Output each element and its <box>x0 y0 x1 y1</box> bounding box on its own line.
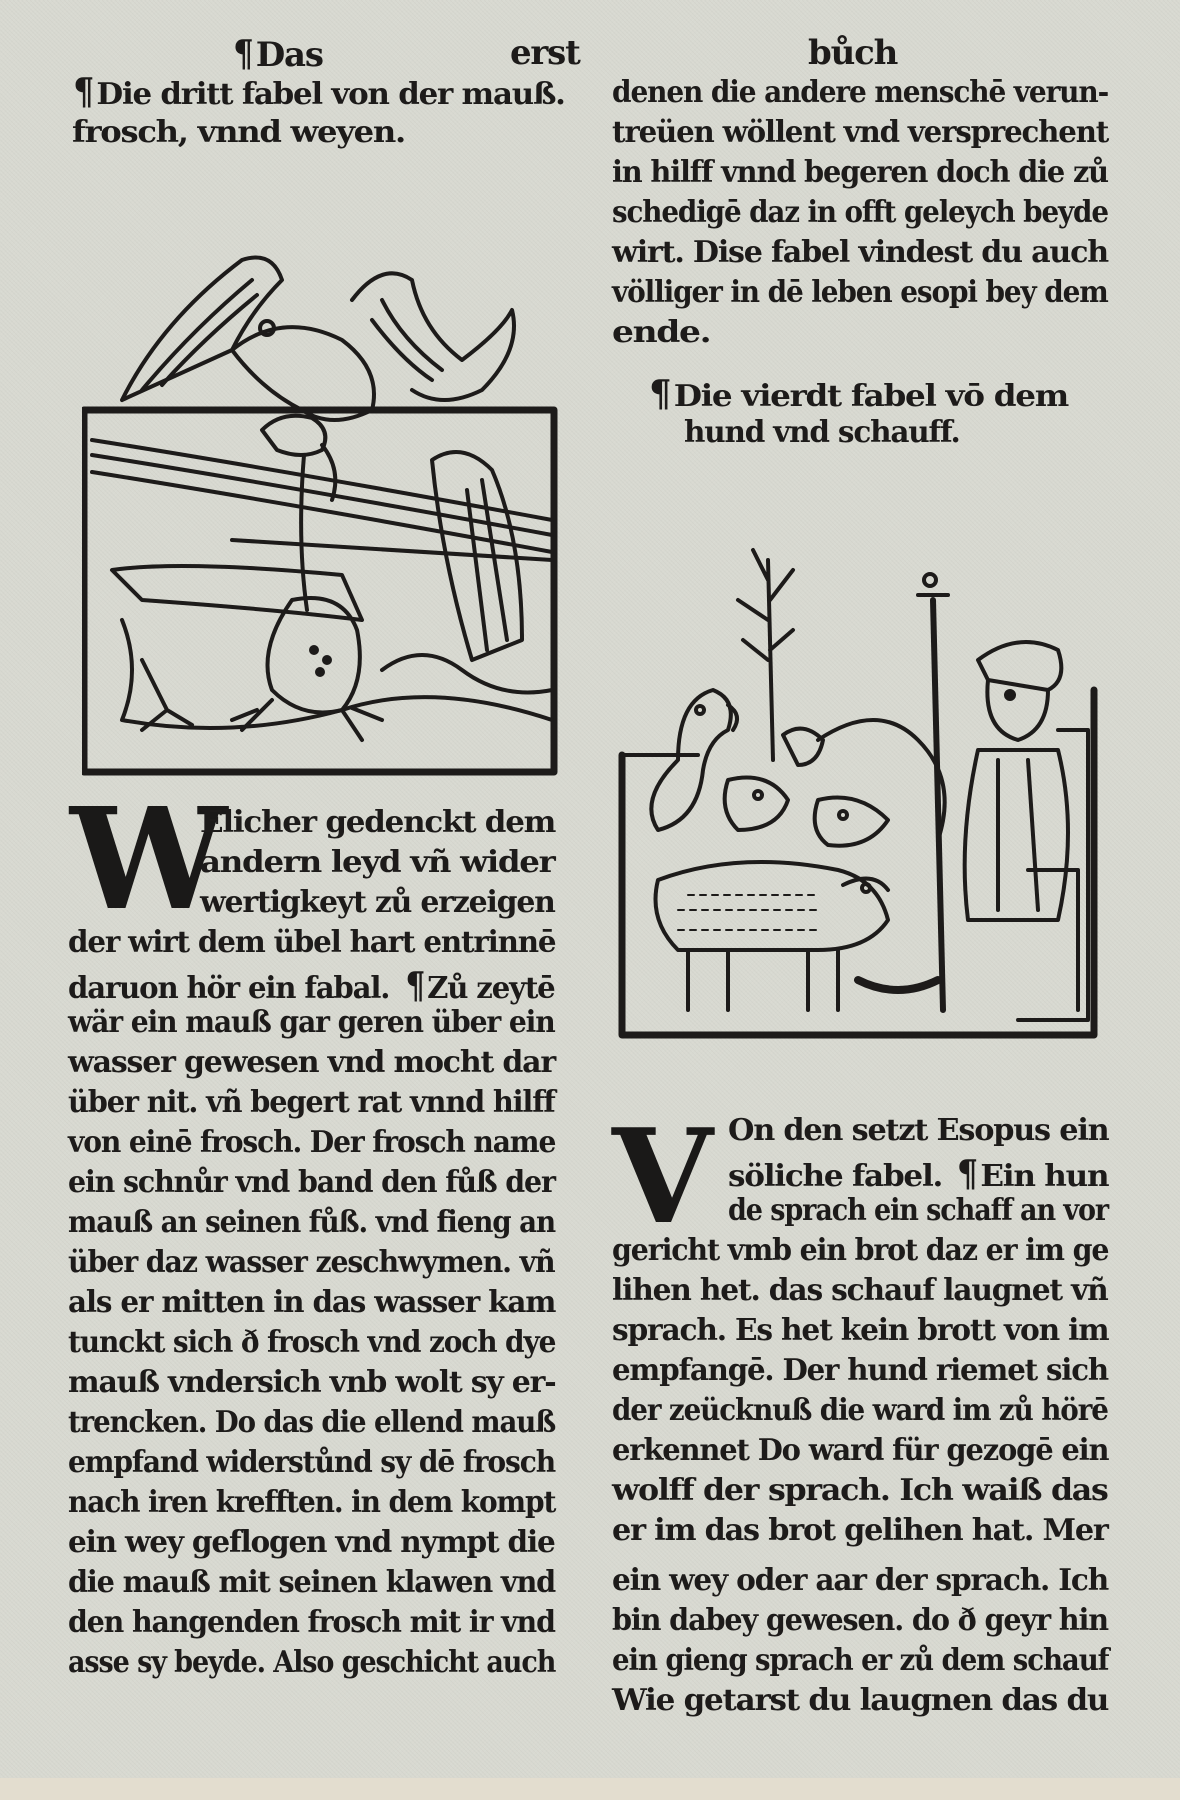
running-head-right: bůch <box>808 36 897 70</box>
left-body-line: die mauß mit seinen klawen vnd <box>68 1568 555 1598</box>
right-body-line: er im das brot gelihen hat. Mer <box>612 1516 1108 1546</box>
left-body-line: mauß vndersich vnb wolt sy er- <box>68 1368 555 1398</box>
right-body-line: Wie getarst du laugnen das du <box>612 1686 1108 1716</box>
right-fable-title-line1: ¶Die vierdt fabel vō dem <box>648 376 1068 412</box>
left-body-line: den hangenden frosch mit ir vnd <box>68 1608 555 1638</box>
pilcrow-icon: ¶ <box>405 968 424 1004</box>
right-body-top-line: schedigē daz in offt geleych beyde <box>612 198 1108 228</box>
right-body-line: gericht vmb ein brot daz er im ge <box>612 1236 1108 1266</box>
left-fable-title-line2: frosch, vnnd weyen. <box>72 118 405 148</box>
right-body-line: wolff der sprach. Ich waiß das <box>612 1476 1108 1506</box>
right-body-line: erkennet Do ward für gezogē ein <box>612 1436 1108 1466</box>
left-body-line: daruon hör ein fabal. ¶Zů zeytē <box>68 968 555 1004</box>
right-fable-title-line2: hund vnd schauff. <box>684 418 960 448</box>
running-head-left-text: Das <box>256 35 323 75</box>
right-body-top-line: völliger in dē leben esopi bey dem <box>612 278 1108 308</box>
right-body-line: lihen het. das schauf laugnet vñ <box>612 1276 1108 1306</box>
left-fable-title-line1: ¶Die dritt fabel von der mauß. <box>72 74 565 110</box>
pilcrow-icon: ¶ <box>649 376 670 412</box>
left-body-line: asse sy beyde. Also geschicht auch <box>68 1648 555 1678</box>
right-body-line: de sprach ein schaff an vor <box>728 1196 1108 1226</box>
right-body-line-text: söliche fabel. <box>728 1159 942 1194</box>
left-body-line: andern leyd vñ wider <box>200 848 554 878</box>
right-body-line: sprach. Es het kein brott von im <box>612 1316 1108 1346</box>
left-body-line: Elicher gedenckt dem <box>200 808 555 838</box>
right-body-line: söliche fabel. ¶Ein hun <box>728 1156 1108 1192</box>
left-body-line: empfand widerstůnd sy dē frosch <box>68 1448 555 1478</box>
left-body-line: als er mitten in das wasser kam <box>68 1288 555 1318</box>
left-body-line: über daz wasser zeschwymen. vñ <box>68 1248 555 1278</box>
drop-initial-v: V <box>612 1112 713 1242</box>
right-body-line-text: Ein hun <box>980 1159 1108 1194</box>
woodcut-kite-mouse-frog <box>82 240 562 780</box>
left-body-line: über nit. vñ begert rat vnnd hilff <box>68 1088 555 1118</box>
left-body-line: wertigkeyt zů erzeigen <box>200 888 555 918</box>
right-body-line: On den setzt Esopus ein <box>728 1116 1108 1146</box>
right-body-top-line: wirt. Dise fabel vindest du auch <box>612 238 1108 268</box>
pilcrow-icon: ¶ <box>73 74 93 110</box>
left-fable-title-text: Die dritt fabel von der mauß. <box>96 77 564 112</box>
page-bottom-edge <box>0 1778 1180 1800</box>
left-body-line: ein wey geflogen vnd nympt die <box>68 1528 555 1558</box>
right-fable-title-text: Die vierdt fabel vō dem <box>674 379 1068 414</box>
left-body-line: ein schnůr vnd band den fůß der <box>68 1168 555 1198</box>
left-body-line-text: daruon hör ein fabal. <box>68 971 389 1006</box>
right-body-top-line: denen die andere menschē verun- <box>612 78 1108 108</box>
left-body-line: tunckt sich ð frosch vnd zoch dye <box>68 1328 555 1358</box>
left-body-line: der wirt dem übel hart entrinnē <box>68 928 555 958</box>
right-body-line: der zeücknuß die ward im zů hörē <box>612 1396 1108 1426</box>
left-body-line: trencken. Do das die ellend mauß <box>68 1408 555 1438</box>
right-body-line: bin dabey gewesen. do ð geyr hin <box>612 1606 1108 1636</box>
pilcrow-icon: ¶ <box>957 1156 977 1192</box>
left-body-line: mauß an seinen fůß. vnd fieng an <box>68 1208 555 1238</box>
left-body-line: wasser gewesen vnd mocht dar <box>68 1048 555 1078</box>
pilcrow-icon: ¶ <box>233 36 253 72</box>
right-body-top-line: ende. <box>612 318 710 348</box>
left-body-line-text: Zů zeytē <box>427 971 554 1006</box>
right-body-top-line: in hilff vnnd begeren doch die zů <box>612 158 1108 188</box>
running-head-middle: erst <box>510 36 580 70</box>
right-body-line: empfangē. Der hund riemet sich <box>612 1356 1108 1386</box>
left-body-line: wär ein mauß gar geren über ein <box>68 1008 555 1038</box>
running-head-left: ¶Das <box>232 36 323 72</box>
left-body-line: nach iren krefften. in dem kompt <box>68 1488 555 1518</box>
right-body-line: ein wey oder aar der sprach. Ich <box>612 1566 1108 1596</box>
right-body-top-line: treüen wöllent vnd versprechent <box>612 118 1108 148</box>
woodcut-aesop-animals <box>618 540 1098 1040</box>
right-body-line: ein gieng sprach er zů dem schauf <box>612 1646 1108 1676</box>
left-body-line: von einē frosch. Der frosch name <box>68 1128 555 1158</box>
